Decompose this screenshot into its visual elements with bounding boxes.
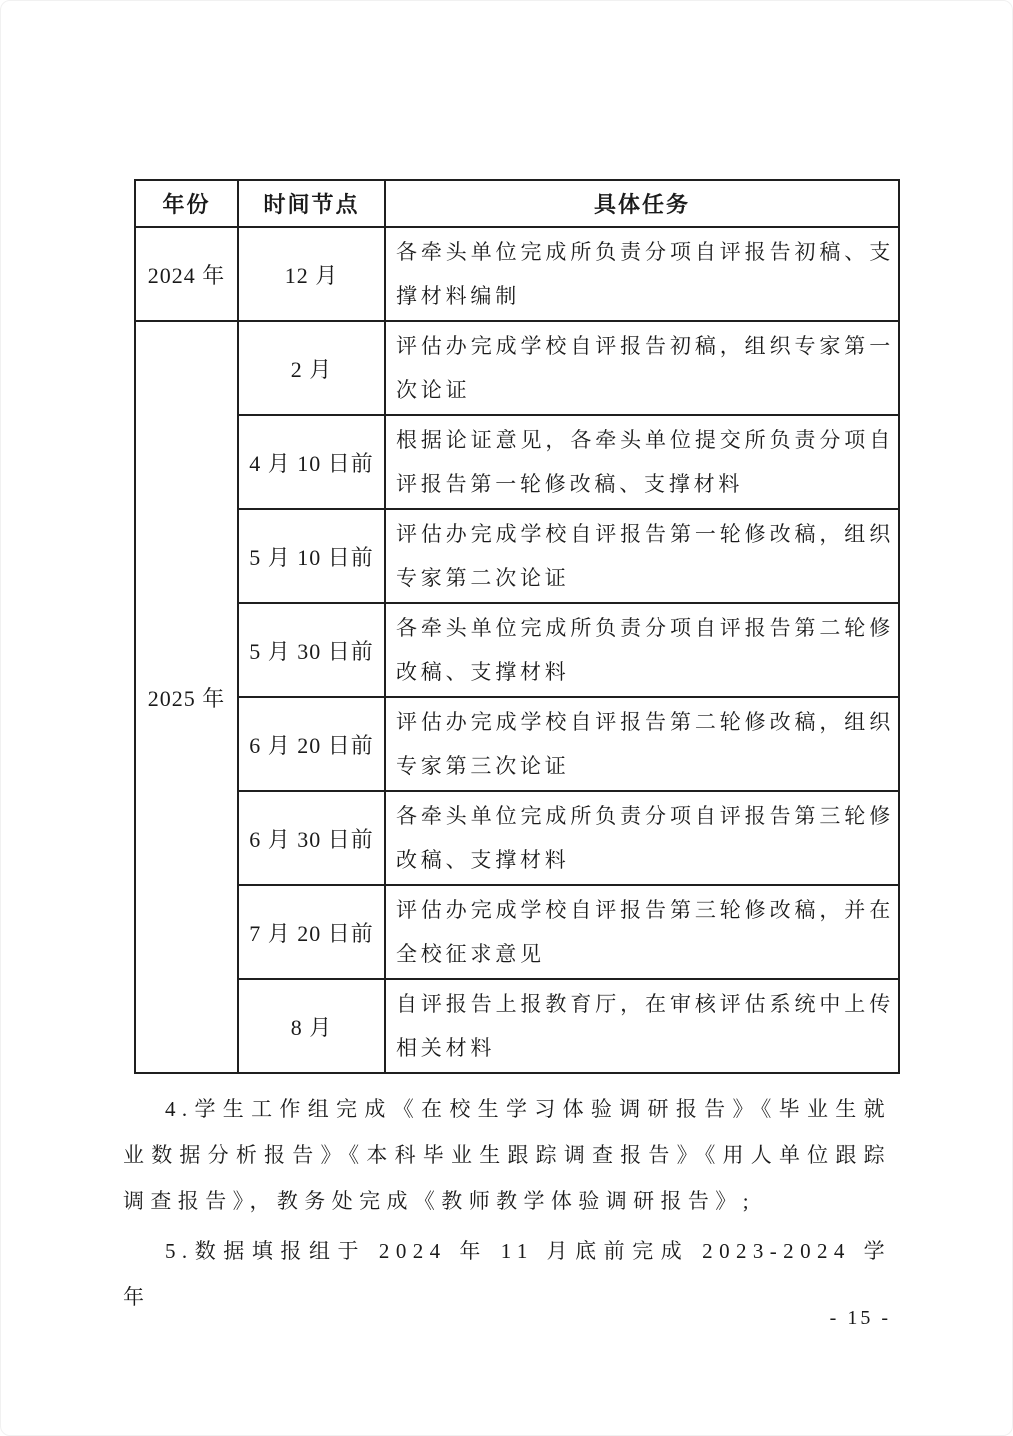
year-cell: 2024 年	[135, 227, 238, 321]
table-body: 2024 年12 月各牵头单位完成所负责分项自评报告初稿、支撑材料编制2025 …	[135, 227, 899, 1073]
body-text: 4.学生工作组完成《在校生学习体验调研报告》《毕业生就业数据分析报告》《本科毕业…	[123, 1074, 891, 1320]
column-header: 具体任务	[385, 180, 899, 227]
task-cell: 评估办完成学校自评报告第一轮修改稿，组织专家第二次论证	[385, 509, 899, 603]
column-header: 年份	[135, 180, 238, 227]
document-page: 年份时间节点具体任务 2024 年12 月各牵头单位完成所负责分项自评报告初稿、…	[0, 0, 1013, 1436]
time-cell: 2 月	[238, 321, 385, 415]
task-cell: 各牵头单位完成所负责分项自评报告第三轮修改稿、支撑材料	[385, 791, 899, 885]
table-row: 7 月 20 日前评估办完成学校自评报告第三轮修改稿，并在全校征求意见	[135, 885, 899, 979]
time-cell: 5 月 30 日前	[238, 603, 385, 697]
task-cell: 评估办完成学校自评报告第二轮修改稿，组织专家第三次论证	[385, 697, 899, 791]
year-cell: 2025 年	[135, 321, 238, 1073]
table-row: 4 月 10 日前根据论证意见，各牵头单位提交所负责分项自评报告第一轮修改稿、支…	[135, 415, 899, 509]
table-header-row: 年份时间节点具体任务	[135, 180, 899, 227]
table-row: 8 月自评报告上报教育厅，在审核评估系统中上传相关材料	[135, 979, 899, 1073]
table-row: 6 月 20 日前评估办完成学校自评报告第二轮修改稿，组织专家第三次论证	[135, 697, 899, 791]
time-cell: 12 月	[238, 227, 385, 321]
task-cell: 自评报告上报教育厅，在审核评估系统中上传相关材料	[385, 979, 899, 1073]
table-row: 5 月 10 日前评估办完成学校自评报告第一轮修改稿，组织专家第二次论证	[135, 509, 899, 603]
time-cell: 8 月	[238, 979, 385, 1073]
time-cell: 7 月 20 日前	[238, 885, 385, 979]
table-row: 5 月 30 日前各牵头单位完成所负责分项自评报告第二轮修改稿、支撑材料	[135, 603, 899, 697]
time-cell: 6 月 20 日前	[238, 697, 385, 791]
page-number: - 15 -	[123, 1304, 891, 1332]
time-cell: 6 月 30 日前	[238, 791, 385, 885]
task-cell: 各牵头单位完成所负责分项自评报告初稿、支撑材料编制	[385, 227, 899, 321]
column-header: 时间节点	[238, 180, 385, 227]
task-cell: 评估办完成学校自评报告第三轮修改稿，并在全校征求意见	[385, 885, 899, 979]
table-row: 2025 年2 月评估办完成学校自评报告初稿，组织专家第一次论证	[135, 321, 899, 415]
task-cell: 评估办完成学校自评报告初稿，组织专家第一次论证	[385, 321, 899, 415]
table-header: 年份时间节点具体任务	[135, 180, 899, 227]
task-cell: 各牵头单位完成所负责分项自评报告第二轮修改稿、支撑材料	[385, 603, 899, 697]
schedule-table-wrapper: 年份时间节点具体任务 2024 年12 月各牵头单位完成所负责分项自评报告初稿、…	[134, 179, 900, 1074]
time-cell: 5 月 10 日前	[238, 509, 385, 603]
table-row: 6 月 30 日前各牵头单位完成所负责分项自评报告第三轮修改稿、支撑材料	[135, 791, 899, 885]
schedule-table: 年份时间节点具体任务 2024 年12 月各牵头单位完成所负责分项自评报告初稿、…	[134, 179, 900, 1074]
task-cell: 根据论证意见，各牵头单位提交所负责分项自评报告第一轮修改稿、支撑材料	[385, 415, 899, 509]
body-paragraph: 4.学生工作组完成《在校生学习体验调研报告》《毕业生就业数据分析报告》《本科毕业…	[123, 1086, 891, 1224]
time-cell: 4 月 10 日前	[238, 415, 385, 509]
table-row: 2024 年12 月各牵头单位完成所负责分项自评报告初稿、支撑材料编制	[135, 227, 899, 321]
